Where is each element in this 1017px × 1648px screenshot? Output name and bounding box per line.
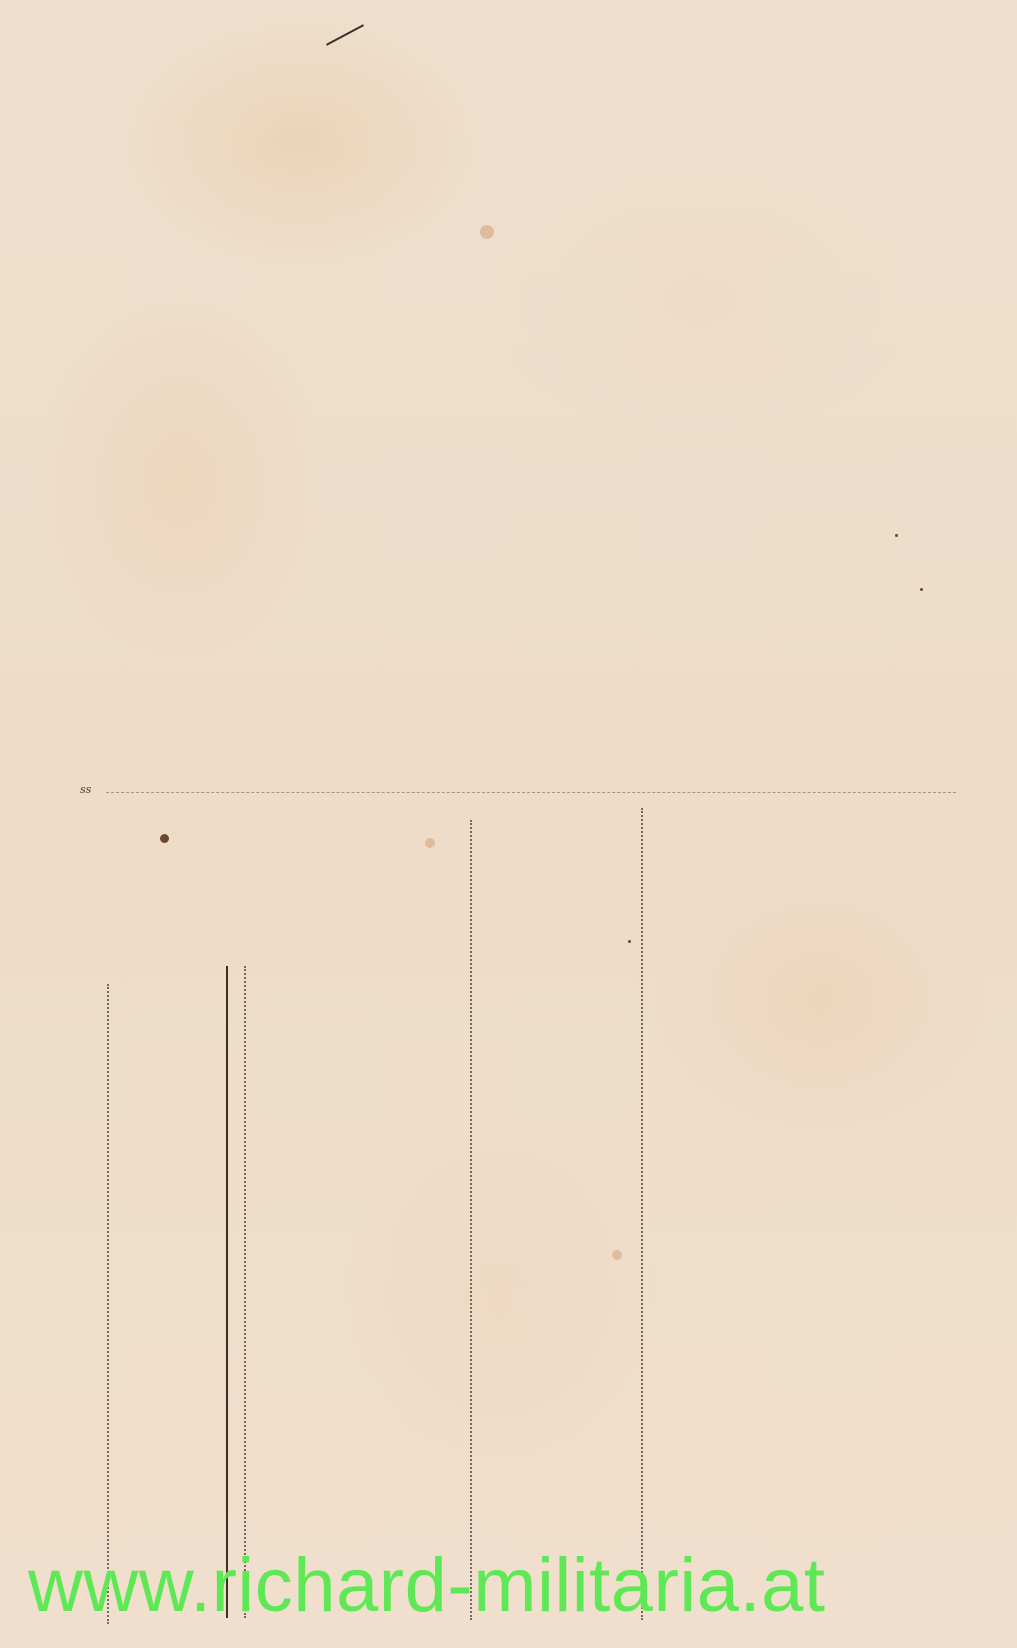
horizontal-divider [106,792,956,793]
postcard-back: ss www.richard-militaria.at [0,0,1017,1648]
speck [628,940,631,943]
stain [612,1250,622,1260]
speck [895,534,898,537]
vertical-rule-dotted [470,820,472,1620]
vertical-rule-dotted [244,966,246,1618]
speck [160,834,169,843]
vertical-rule-solid [226,966,228,1618]
vertical-rule-dotted [107,984,109,1624]
vertical-rule-dotted [641,808,643,1620]
stain [480,225,494,239]
scratch-mark [326,24,364,45]
stain [425,838,435,848]
watermark-url: www.richard-militaria.at [28,1548,826,1624]
speck [920,588,923,591]
corner-mark: ss [80,783,91,796]
